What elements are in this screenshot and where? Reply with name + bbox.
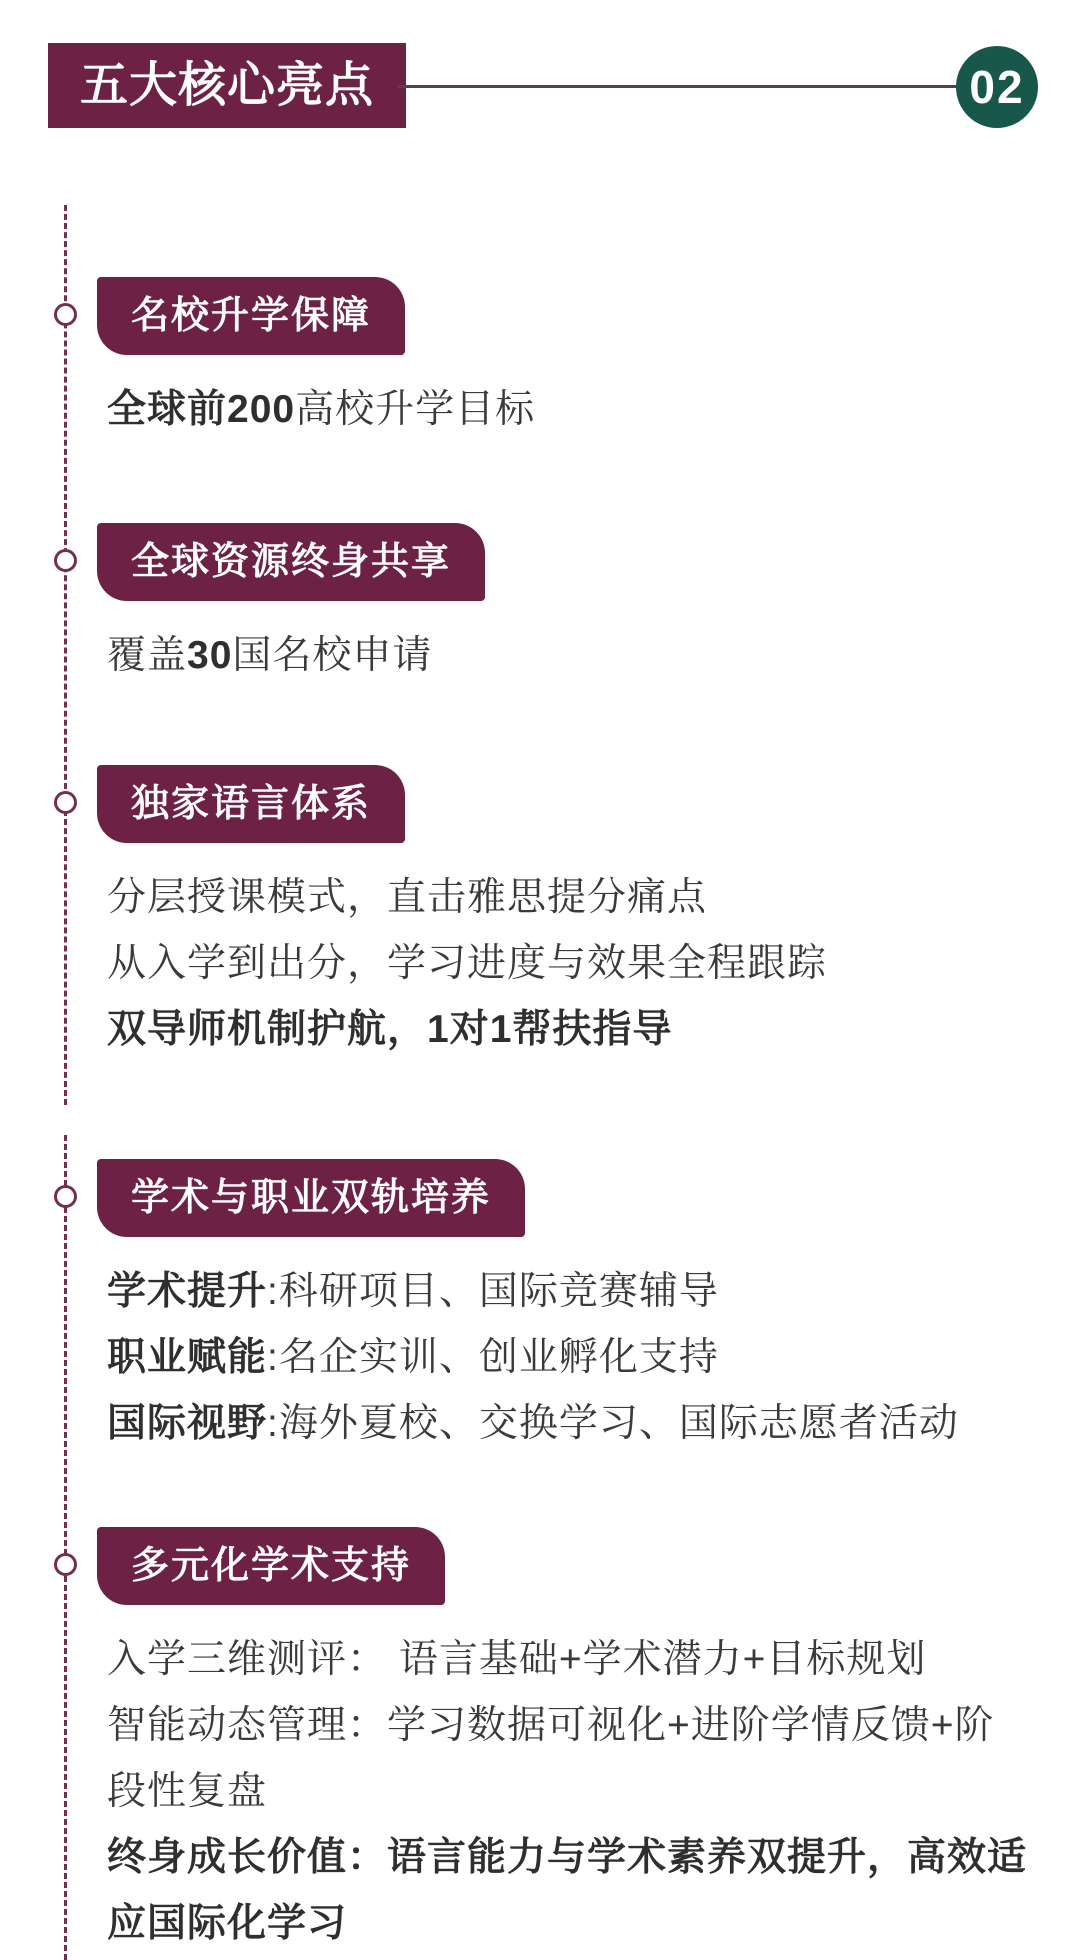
highlight-text-line: 从入学到出分，学习进度与效果全程跟踪 <box>107 931 1042 997</box>
highlight-section: 名校升学保障 全球前200高校升学目标 <box>97 277 1042 443</box>
highlight-badge: 全球资源终身共享 <box>97 523 485 601</box>
header-connector-line <box>398 85 960 88</box>
text-segment-bold: 应国际化学习 <box>107 1902 347 1945</box>
highlight-badge: 多元化学术支持 <box>97 1527 445 1605</box>
text-segment-bold: 全球前200 <box>107 388 295 431</box>
text-segment: 从入学到出分，学习进度与效果全程跟踪 <box>107 942 827 985</box>
highlight-text-line: 入学三维测评： 语言基础+学术潜力+目标规划 <box>107 1627 1042 1693</box>
highlight-text-line: 分层授课模式，直击雅思提分痛点 <box>107 865 1042 931</box>
highlight-text-line: 智能动态管理：学习数据可视化+进阶学情反馈+阶 <box>107 1693 1042 1759</box>
text-segment: 入学三维测评： 语言基础+学术潜力+目标规划 <box>107 1638 926 1681</box>
highlight-text-line: 全球前200高校升学目标 <box>107 377 1042 443</box>
timeline-node-icon <box>54 791 77 814</box>
text-segment: 覆盖 <box>107 634 187 677</box>
text-segment: 段性复盘 <box>107 1770 267 1813</box>
highlight-section: 独家语言体系 分层授课模式，直击雅思提分痛点从入学到出分，学习进度与效果全程跟踪… <box>97 765 1042 1063</box>
timeline-node-icon <box>54 549 77 572</box>
highlight-text-line: 双导师机制护航，1对1帮扶指导 <box>107 997 1042 1063</box>
text-segment-bold: 职业赋能 <box>107 1336 267 1379</box>
highlight-section: 学术与职业双轨培养 学术提升:科研项目、国际竞赛辅导职业赋能:名企实训、创业孵化… <box>97 1159 1042 1457</box>
text-segment: :海外夏校、交换学习、国际志愿者活动 <box>267 1402 959 1445</box>
text-segment: 国名校申请 <box>232 634 432 677</box>
timeline-dashed-line-bottom <box>64 1135 67 1960</box>
highlight-text-line: 学术提升:科研项目、国际竞赛辅导 <box>107 1259 1042 1325</box>
text-segment-bold: 学术提升 <box>107 1270 267 1313</box>
highlight-body: 全球前200高校升学目标 <box>97 377 1042 443</box>
timeline-node-icon <box>54 1185 77 1208</box>
text-segment: 分层授课模式，直击雅思提分痛点 <box>107 876 707 919</box>
highlight-body: 入学三维测评： 语言基础+学术潜力+目标规划智能动态管理：学习数据可视化+进阶学… <box>97 1627 1042 1957</box>
text-segment: 高校升学目标 <box>295 388 535 431</box>
highlight-body: 学术提升:科研项目、国际竞赛辅导职业赋能:名企实训、创业孵化支持国际视野:海外夏… <box>97 1259 1042 1457</box>
timeline-node-icon <box>54 1553 77 1576</box>
poster-page: 五大核心亮点 02 名校升学保障 全球前200高校升学目标 全球资源终身共享 覆… <box>0 0 1080 1960</box>
highlight-badge: 学术与职业双轨培养 <box>97 1159 525 1237</box>
highlight-text-line: 职业赋能:名企实训、创业孵化支持 <box>107 1325 1042 1391</box>
text-segment: :名企实训、创业孵化支持 <box>267 1336 719 1379</box>
highlight-text-line: 终身成长价值：语言能力与学术素养双提升，高效适 <box>107 1825 1042 1891</box>
text-segment-bold: 终身成长价值：语言能力与学术素养双提升，高效适 <box>107 1836 1027 1879</box>
highlight-section: 多元化学术支持 入学三维测评： 语言基础+学术潜力+目标规划智能动态管理：学习数… <box>97 1527 1042 1957</box>
highlight-text-line: 国际视野:海外夏校、交换学习、国际志愿者活动 <box>107 1391 1042 1457</box>
text-segment-bold: 30 <box>187 634 232 677</box>
page-title: 五大核心亮点 <box>48 43 406 128</box>
highlight-text-line: 应国际化学习 <box>107 1891 1042 1957</box>
page-number-badge: 02 <box>956 46 1038 128</box>
highlight-text-line: 覆盖30国名校申请 <box>107 623 1042 689</box>
highlight-text-line: 段性复盘 <box>107 1759 1042 1825</box>
highlight-badge: 名校升学保障 <box>97 277 405 355</box>
text-segment-bold: 双导师机制护航，1对1帮扶指导 <box>107 1008 672 1051</box>
highlight-section: 全球资源终身共享 覆盖30国名校申请 <box>97 523 1042 689</box>
highlight-badge: 独家语言体系 <box>97 765 405 843</box>
text-segment: :科研项目、国际竞赛辅导 <box>267 1270 719 1313</box>
highlight-body: 分层授课模式，直击雅思提分痛点从入学到出分，学习进度与效果全程跟踪双导师机制护航… <box>97 865 1042 1063</box>
timeline-dashed-line-top <box>64 205 67 1105</box>
highlight-body: 覆盖30国名校申请 <box>97 623 1042 689</box>
text-segment-bold: 国际视野 <box>107 1402 267 1445</box>
text-segment: 智能动态管理：学习数据可视化+进阶学情反馈+阶 <box>107 1704 995 1747</box>
timeline-node-icon <box>54 303 77 326</box>
